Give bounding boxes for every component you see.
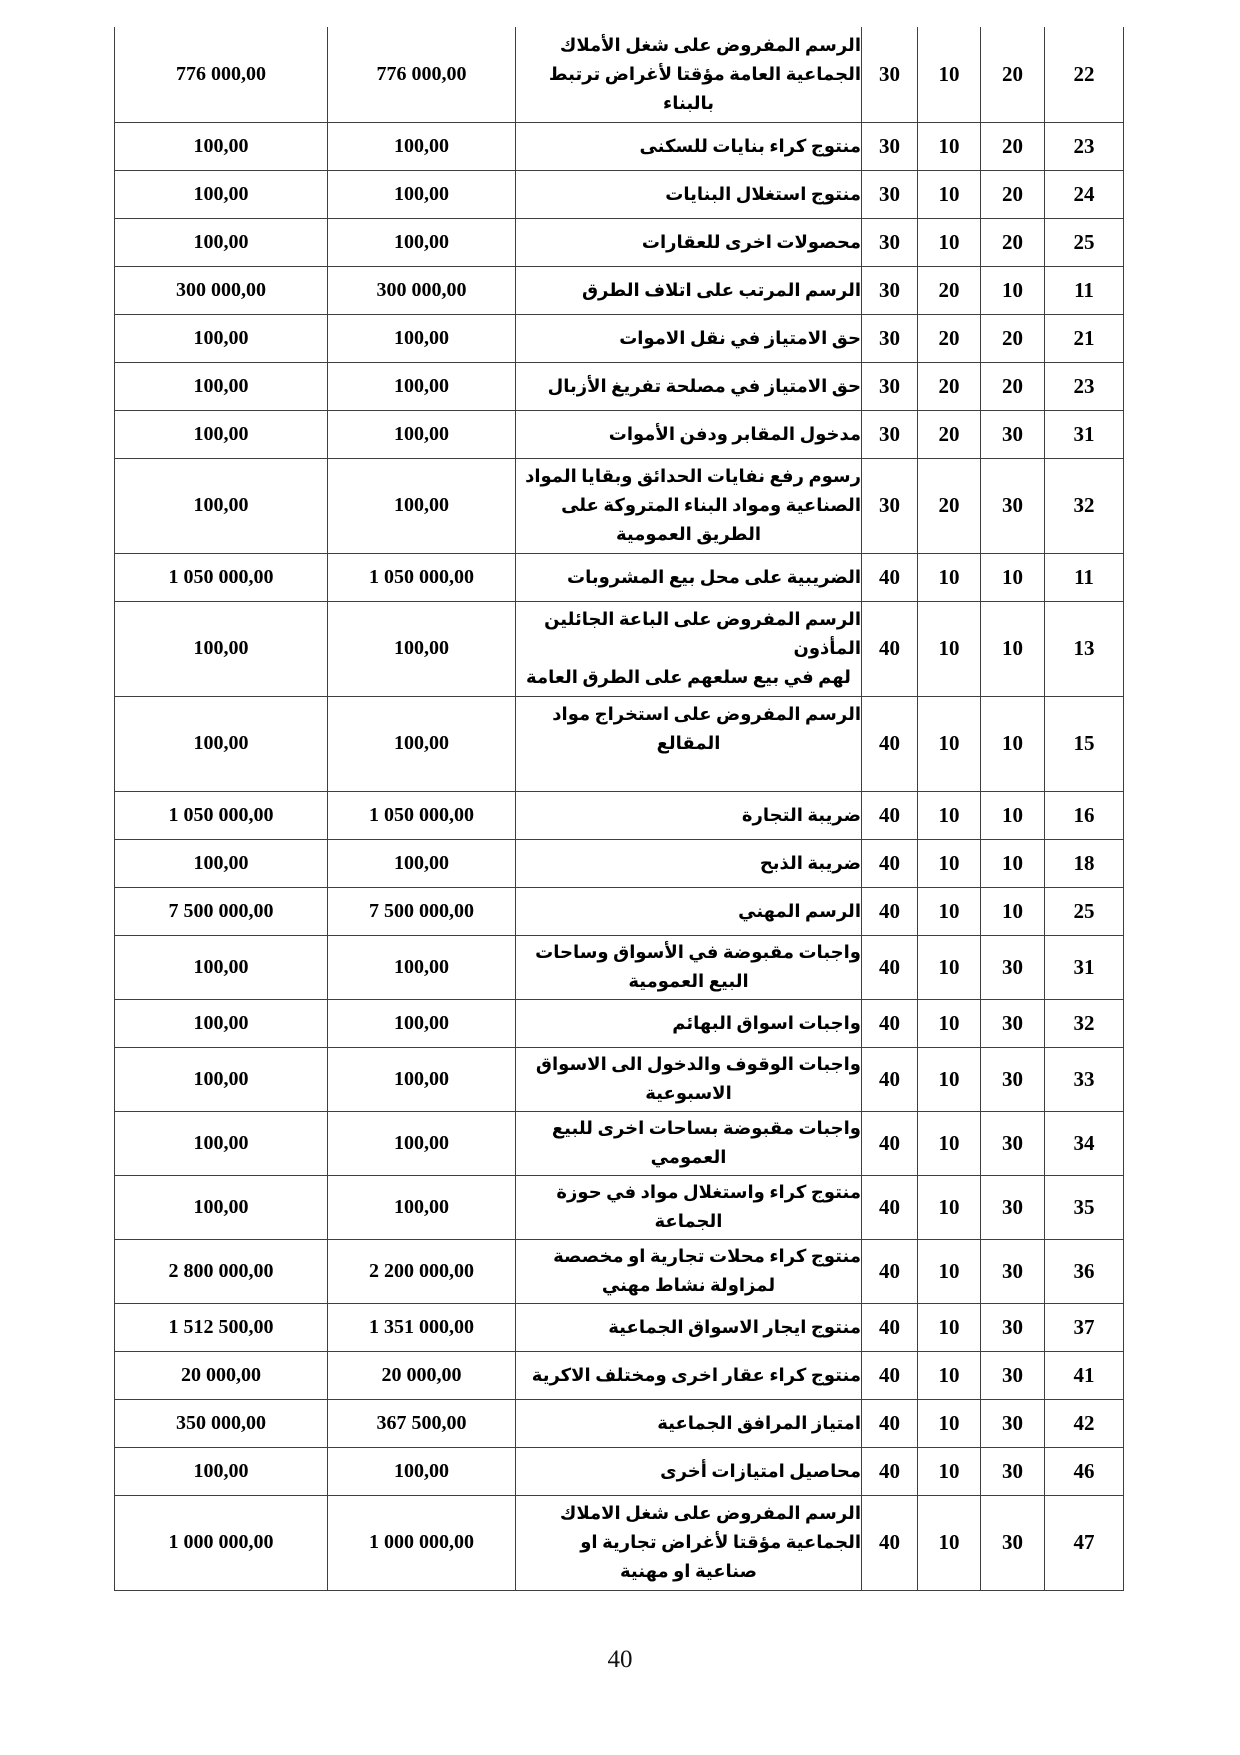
description-cell: الرسم المفروض على شغل الأملاكالجماعية ال…	[516, 27, 862, 122]
chapter-code-cell: 20	[918, 266, 981, 314]
article-code-cell: 10	[981, 839, 1045, 887]
line-code-cell: 37	[1045, 1303, 1124, 1351]
amount-right-cell: 100,00	[328, 410, 516, 458]
table-row: 100,00 100,00 محصولات اخرى للعقارات 30 1…	[115, 218, 1124, 266]
section-code-cell: 30	[862, 170, 918, 218]
section-code-cell: 40	[862, 935, 918, 999]
description-cell: منتوج كراء محلات تجارية او مخصصةلمزاولة …	[516, 1239, 862, 1303]
description-cell: مدخول المقابر ودفن الأموات	[516, 410, 862, 458]
amount-left-cell: 1 050 000,00	[115, 553, 328, 601]
line-code-cell: 31	[1045, 935, 1124, 999]
table-row: 1 512 500,00 1 351 000,00 منتوج ايجار ال…	[115, 1303, 1124, 1351]
amount-right-cell: 100,00	[328, 935, 516, 999]
line-code-cell: 11	[1045, 553, 1124, 601]
amount-right-cell: 1 000 000,00	[328, 1495, 516, 1590]
amount-left-cell: 100,00	[115, 314, 328, 362]
chapter-code-cell: 10	[918, 553, 981, 601]
amount-left-cell: 100,00	[115, 839, 328, 887]
line-code-cell: 46	[1045, 1447, 1124, 1495]
article-code-cell: 30	[981, 458, 1045, 553]
chapter-code-cell: 10	[918, 218, 981, 266]
section-code-cell: 40	[862, 1495, 918, 1590]
description-cell: الرسم المرتب على اتلاف الطرق	[516, 266, 862, 314]
line-code-cell: 21	[1045, 314, 1124, 362]
section-code-cell: 40	[862, 696, 918, 791]
table-row: 100,00 100,00 منتوج كراء بنايات للسكنى 3…	[115, 122, 1124, 170]
amount-left-cell: 100,00	[115, 122, 328, 170]
line-code-cell: 25	[1045, 218, 1124, 266]
article-code-cell: 20	[981, 218, 1045, 266]
description-cell: رسوم رفع نفايات الحدائق وبقايا الموادالص…	[516, 458, 862, 553]
section-code-cell: 30	[862, 266, 918, 314]
amount-left-cell: 100,00	[115, 218, 328, 266]
amount-left-cell: 1 000 000,00	[115, 1495, 328, 1590]
line-code-cell: 32	[1045, 999, 1124, 1047]
chapter-code-cell: 10	[918, 999, 981, 1047]
amount-right-cell: 7 500 000,00	[328, 887, 516, 935]
article-code-cell: 30	[981, 410, 1045, 458]
chapter-code-cell: 10	[918, 1447, 981, 1495]
chapter-code-cell: 10	[918, 1175, 981, 1239]
description-cell: منتوج كراء واستغلال مواد في حوزةالجماعة	[516, 1175, 862, 1239]
amount-right-cell: 1 050 000,00	[328, 791, 516, 839]
article-code-cell: 30	[981, 1399, 1045, 1447]
table-row: 1 000 000,00 1 000 000,00 الرسم المفروض …	[115, 1495, 1124, 1590]
chapter-code-cell: 20	[918, 314, 981, 362]
amount-right-cell: 1 050 000,00	[328, 553, 516, 601]
amount-right-cell: 367 500,00	[328, 1399, 516, 1447]
amount-left-cell: 100,00	[115, 1447, 328, 1495]
amount-left-cell: 100,00	[115, 601, 328, 696]
amount-right-cell: 100,00	[328, 1175, 516, 1239]
section-code-cell: 30	[862, 458, 918, 553]
amount-right-cell: 100,00	[328, 458, 516, 553]
page-number: 40	[0, 1646, 1240, 1674]
line-code-cell: 16	[1045, 791, 1124, 839]
line-code-cell: 34	[1045, 1111, 1124, 1175]
description-cell: واجبات مقبوضة بساحات اخرى للبيعالعمومي	[516, 1111, 862, 1175]
article-code-cell: 10	[981, 887, 1045, 935]
chapter-code-cell: 10	[918, 1047, 981, 1111]
amount-right-cell: 100,00	[328, 170, 516, 218]
amount-left-cell: 1 512 500,00	[115, 1303, 328, 1351]
table-row: 20 000,00 20 000,00 منتوج كراء عقار اخرى…	[115, 1351, 1124, 1399]
description-cell: الرسم المفروض على شغل الاملاكالجماعية مؤ…	[516, 1495, 862, 1590]
description-cell: واجبات مقبوضة في الأسواق وساحاتالبيع الع…	[516, 935, 862, 999]
article-code-cell: 20	[981, 170, 1045, 218]
table-row: 1 050 000,00 1 050 000,00 ضريبة التجارة …	[115, 791, 1124, 839]
chapter-code-cell: 10	[918, 1495, 981, 1590]
section-code-cell: 40	[862, 887, 918, 935]
article-code-cell: 30	[981, 1351, 1045, 1399]
amount-right-cell: 20 000,00	[328, 1351, 516, 1399]
section-code-cell: 30	[862, 122, 918, 170]
section-code-cell: 40	[862, 1303, 918, 1351]
amount-right-cell: 100,00	[328, 122, 516, 170]
line-code-cell: 35	[1045, 1175, 1124, 1239]
amount-right-cell: 300 000,00	[328, 266, 516, 314]
line-code-cell: 24	[1045, 170, 1124, 218]
line-code-cell: 47	[1045, 1495, 1124, 1590]
chapter-code-cell: 10	[918, 887, 981, 935]
line-code-cell: 15	[1045, 696, 1124, 791]
amount-right-cell: 100,00	[328, 314, 516, 362]
amount-left-cell: 20 000,00	[115, 1351, 328, 1399]
section-code-cell: 40	[862, 1399, 918, 1447]
description-cell: الضريبية على محل بيع المشروبات	[516, 553, 862, 601]
article-code-cell: 10	[981, 266, 1045, 314]
table-row: 300 000,00 300 000,00 الرسم المرتب على ا…	[115, 266, 1124, 314]
amount-right-cell: 2 200 000,00	[328, 1239, 516, 1303]
amount-left-cell: 100,00	[115, 458, 328, 553]
amount-left-cell: 300 000,00	[115, 266, 328, 314]
amount-right-cell: 100,00	[328, 999, 516, 1047]
article-code-cell: 30	[981, 1047, 1045, 1111]
section-code-cell: 30	[862, 27, 918, 122]
description-cell: ضريبة التجارة	[516, 791, 862, 839]
amount-left-cell: 100,00	[115, 170, 328, 218]
line-code-cell: 22	[1045, 27, 1124, 122]
table-row: 100,00 100,00 منتوج كراء واستغلال مواد ف…	[115, 1175, 1124, 1239]
chapter-code-cell: 10	[918, 1239, 981, 1303]
description-cell: منتوج استغلال البنايات	[516, 170, 862, 218]
line-code-cell: 31	[1045, 410, 1124, 458]
article-code-cell: 20	[981, 362, 1045, 410]
line-code-cell: 11	[1045, 266, 1124, 314]
table-row: 100,00 100,00 منتوج استغلال البنايات 30 …	[115, 170, 1124, 218]
description-cell: حق الامتياز في مصلحة تفريغ الأزبال	[516, 362, 862, 410]
description-cell: الرسم المفروض على الباعة الجائلينالمأذون…	[516, 601, 862, 696]
article-code-cell: 30	[981, 1239, 1045, 1303]
description-cell: حق الامتياز في نقل الاموات	[516, 314, 862, 362]
table-row: 100,00 100,00 الرسم المفروض على استخراج …	[115, 696, 1124, 791]
description-cell: منتوج كراء بنايات للسكنى	[516, 122, 862, 170]
section-code-cell: 40	[862, 1351, 918, 1399]
table-row: 100,00 100,00 ضريبة الذبح 40 10 10 18	[115, 839, 1124, 887]
description-cell: واجبات اسواق البهائم	[516, 999, 862, 1047]
section-code-cell: 40	[862, 1239, 918, 1303]
amount-left-cell: 100,00	[115, 362, 328, 410]
line-code-cell: 36	[1045, 1239, 1124, 1303]
amount-left-cell: 100,00	[115, 410, 328, 458]
article-code-cell: 20	[981, 27, 1045, 122]
article-code-cell: 30	[981, 999, 1045, 1047]
section-code-cell: 40	[862, 1175, 918, 1239]
chapter-code-cell: 10	[918, 27, 981, 122]
line-code-cell: 23	[1045, 122, 1124, 170]
description-cell: واجبات الوقوف والدخول الى الاسواقالاسبوع…	[516, 1047, 862, 1111]
amount-right-cell: 100,00	[328, 362, 516, 410]
chapter-code-cell: 10	[918, 696, 981, 791]
amount-right-cell: 100,00	[328, 1111, 516, 1175]
amount-left-cell: 100,00	[115, 1175, 328, 1239]
description-cell: منتوج ايجار الاسواق الجماعية	[516, 1303, 862, 1351]
section-code-cell: 40	[862, 1447, 918, 1495]
description-cell: محاصيل امتيازات أخرى	[516, 1447, 862, 1495]
table-row: 776 000,00 776 000,00 الرسم المفروض على …	[115, 27, 1124, 122]
budget-table-body: 776 000,00 776 000,00 الرسم المفروض على …	[115, 27, 1124, 1590]
amount-right-cell: 776 000,00	[328, 27, 516, 122]
document-page: 776 000,00 776 000,00 الرسم المفروض على …	[0, 0, 1240, 1755]
table-row: 100,00 100,00 مدخول المقابر ودفن الأموات…	[115, 410, 1124, 458]
article-code-cell: 30	[981, 1447, 1045, 1495]
amount-right-cell: 100,00	[328, 696, 516, 791]
amount-right-cell: 100,00	[328, 1047, 516, 1111]
description-cell: امتياز المرافق الجماعية	[516, 1399, 862, 1447]
amount-right-cell: 100,00	[328, 218, 516, 266]
description-cell: ضريبة الذبح	[516, 839, 862, 887]
chapter-code-cell: 10	[918, 122, 981, 170]
section-code-cell: 40	[862, 601, 918, 696]
amount-left-cell: 1 050 000,00	[115, 791, 328, 839]
amount-left-cell: 776 000,00	[115, 27, 328, 122]
table-row: 100,00 100,00 واجبات الوقوف والدخول الى …	[115, 1047, 1124, 1111]
article-code-cell: 30	[981, 1111, 1045, 1175]
line-code-cell: 25	[1045, 887, 1124, 935]
chapter-code-cell: 10	[918, 170, 981, 218]
article-code-cell: 10	[981, 553, 1045, 601]
line-code-cell: 23	[1045, 362, 1124, 410]
table-row: 100,00 100,00 واجبات اسواق البهائم 40 10…	[115, 999, 1124, 1047]
chapter-code-cell: 10	[918, 601, 981, 696]
amount-right-cell: 100,00	[328, 839, 516, 887]
chapter-code-cell: 10	[918, 1303, 981, 1351]
article-code-cell: 20	[981, 122, 1045, 170]
table-row: 100,00 100,00 واجبات مقبوضة في الأسواق و…	[115, 935, 1124, 999]
article-code-cell: 30	[981, 1303, 1045, 1351]
description-cell: محصولات اخرى للعقارات	[516, 218, 862, 266]
amount-right-cell: 100,00	[328, 1447, 516, 1495]
chapter-code-cell: 10	[918, 1111, 981, 1175]
table-row: 100,00 100,00 الرسم المفروض على الباعة ا…	[115, 601, 1124, 696]
section-code-cell: 40	[862, 839, 918, 887]
article-code-cell: 30	[981, 1175, 1045, 1239]
section-code-cell: 40	[862, 1047, 918, 1111]
article-code-cell: 30	[981, 935, 1045, 999]
article-code-cell: 10	[981, 696, 1045, 791]
table-row: 350 000,00 367 500,00 امتياز المرافق الج…	[115, 1399, 1124, 1447]
line-code-cell: 41	[1045, 1351, 1124, 1399]
table-row: 100,00 100,00 حق الامتياز في نقل الاموات…	[115, 314, 1124, 362]
section-code-cell: 40	[862, 999, 918, 1047]
chapter-code-cell: 10	[918, 1351, 981, 1399]
line-code-cell: 32	[1045, 458, 1124, 553]
section-code-cell: 30	[862, 362, 918, 410]
section-code-cell: 30	[862, 218, 918, 266]
table-row: 100,00 100,00 حق الامتياز في مصلحة تفريغ…	[115, 362, 1124, 410]
line-code-cell: 42	[1045, 1399, 1124, 1447]
chapter-code-cell: 10	[918, 1399, 981, 1447]
section-code-cell: 40	[862, 553, 918, 601]
section-code-cell: 40	[862, 1111, 918, 1175]
description-cell: الرسم المفروض على استخراج موادالمقالع	[516, 696, 862, 791]
table-row: 2 800 000,00 2 200 000,00 منتوج كراء محل…	[115, 1239, 1124, 1303]
table-row: 100,00 100,00 محاصيل امتيازات أخرى 40 10…	[115, 1447, 1124, 1495]
amount-left-cell: 100,00	[115, 1111, 328, 1175]
article-code-cell: 20	[981, 314, 1045, 362]
article-code-cell: 10	[981, 601, 1045, 696]
amount-left-cell: 2 800 000,00	[115, 1239, 328, 1303]
chapter-code-cell: 20	[918, 410, 981, 458]
line-code-cell: 18	[1045, 839, 1124, 887]
amount-left-cell: 100,00	[115, 999, 328, 1047]
section-code-cell: 30	[862, 314, 918, 362]
table-row: 100,00 100,00 رسوم رفع نفايات الحدائق وب…	[115, 458, 1124, 553]
chapter-code-cell: 10	[918, 839, 981, 887]
section-code-cell: 30	[862, 410, 918, 458]
table-row: 7 500 000,00 7 500 000,00 الرسم المهني 4…	[115, 887, 1124, 935]
table-row: 1 050 000,00 1 050 000,00 الضريبية على م…	[115, 553, 1124, 601]
amount-left-cell: 7 500 000,00	[115, 887, 328, 935]
article-code-cell: 10	[981, 791, 1045, 839]
table-row: 100,00 100,00 واجبات مقبوضة بساحات اخرى …	[115, 1111, 1124, 1175]
amount-left-cell: 100,00	[115, 696, 328, 791]
section-code-cell: 40	[862, 791, 918, 839]
amount-left-cell: 350 000,00	[115, 1399, 328, 1447]
description-cell: منتوج كراء عقار اخرى ومختلف الاكرية	[516, 1351, 862, 1399]
amount-left-cell: 100,00	[115, 1047, 328, 1111]
chapter-code-cell: 20	[918, 362, 981, 410]
budget-table: 776 000,00 776 000,00 الرسم المفروض على …	[114, 27, 1124, 1591]
chapter-code-cell: 10	[918, 791, 981, 839]
amount-right-cell: 100,00	[328, 601, 516, 696]
line-code-cell: 33	[1045, 1047, 1124, 1111]
chapter-code-cell: 10	[918, 935, 981, 999]
article-code-cell: 30	[981, 1495, 1045, 1590]
amount-right-cell: 1 351 000,00	[328, 1303, 516, 1351]
chapter-code-cell: 20	[918, 458, 981, 553]
description-cell: الرسم المهني	[516, 887, 862, 935]
line-code-cell: 13	[1045, 601, 1124, 696]
amount-left-cell: 100,00	[115, 935, 328, 999]
